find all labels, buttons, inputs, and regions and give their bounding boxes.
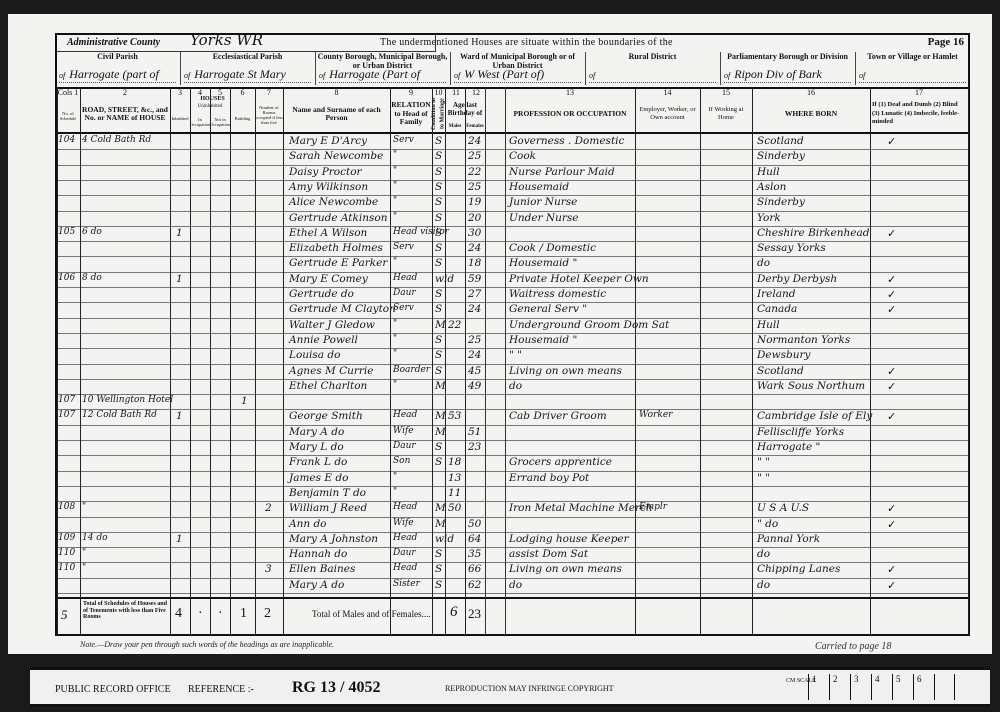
cell-name: Amy Wilkinson: [289, 181, 368, 193]
cell-born: Aslon: [757, 181, 786, 193]
header-females: Females: [465, 123, 485, 131]
cell-rel: Head: [393, 410, 417, 420]
cell-sched: 106: [58, 273, 75, 283]
cell-male: 53: [448, 410, 461, 422]
cell-rooms: 2: [265, 502, 272, 514]
cell-rel: ": [393, 181, 397, 191]
col-num-14: 14: [635, 88, 700, 97]
cell-female: 62: [468, 579, 481, 591]
cell-rel: ": [393, 212, 397, 222]
column-rule: [283, 87, 284, 634]
cell-emp: Worker: [639, 410, 672, 420]
cell-infirm: ✓: [887, 227, 896, 240]
totals-rooms: 2: [264, 606, 271, 622]
cell-occ: Lodging house Keeper: [509, 533, 629, 545]
cell-sched: 109: [58, 533, 75, 543]
cell-born: Pannal York: [757, 533, 820, 545]
cell-male: 18: [448, 456, 461, 468]
cell-occ: Governess . Domestic: [509, 135, 624, 147]
cell-born: Sinderby: [757, 196, 805, 208]
cell-cond: S: [435, 166, 442, 178]
cell-born: Dewsbury: [757, 349, 810, 361]
cell-name: Mary A Johnston: [289, 533, 378, 545]
cell-infirm: ✓: [887, 563, 896, 576]
cell-born: Ireland: [757, 288, 795, 300]
cell-male: 11: [448, 487, 461, 499]
cell-sched: 107: [58, 395, 75, 405]
cell-female: 25: [468, 181, 481, 193]
cell-sched: 110: [58, 563, 75, 573]
cell-born: do: [757, 257, 770, 269]
cell-cond: S: [435, 242, 442, 254]
cell-cond: S: [435, 288, 442, 300]
copyright-notice: REPRODUCTION MAY INFRINGE COPYRIGHT: [445, 684, 614, 693]
header-males: Males: [445, 123, 465, 131]
cell-female: 49: [468, 380, 481, 392]
census-table: Cols 1 2 3 4 5 6 7 8 9 10 11 12 13 14 15…: [57, 87, 968, 634]
cell-rel: Wife: [393, 518, 414, 528]
cell-cond: S: [435, 150, 442, 162]
column-rule: [170, 87, 171, 634]
cell-rel: Head: [393, 502, 417, 512]
col-num-10: 10: [432, 88, 445, 97]
cell-occ: Cook: [509, 150, 536, 162]
cell-female: 24: [468, 135, 481, 147]
cell-rel: ": [393, 487, 397, 497]
cell-infirm: ✓: [887, 579, 896, 592]
cell-emp: Emplr: [639, 502, 667, 512]
cell-rel: Son: [393, 456, 410, 466]
col-num-13: 13: [505, 88, 635, 97]
cell-male: 50: [448, 502, 461, 514]
cell-occ: do: [509, 380, 522, 392]
cell-name: Frank L do: [289, 456, 347, 468]
scale-mark-7: [934, 674, 955, 700]
cell-born: Canada: [757, 303, 797, 315]
header-not-occupation: Not in Occupation: [210, 113, 230, 131]
record-office: PUBLIC RECORD OFFICE: [55, 684, 171, 695]
cell-cond: S: [435, 579, 442, 591]
cell-rel: ": [393, 472, 397, 482]
cell-occ: Nurse Parlour Maid: [509, 166, 615, 178]
cell-name: Gertrude E Parker: [289, 257, 387, 269]
cell-name: Walter J Gledow: [289, 319, 375, 331]
col-num-15: 15: [700, 88, 752, 97]
cell-cond: S: [435, 456, 442, 468]
cell-female: 59: [468, 273, 481, 285]
cell-female: 30: [468, 227, 481, 239]
cell-born: Scotland: [757, 365, 804, 377]
cell-rel: Daur: [393, 288, 416, 298]
cell-rel: Serv: [393, 303, 414, 313]
cell-name: Mary A do: [289, 426, 344, 438]
header-relation: RELATION to Head of Family: [390, 97, 432, 131]
cell-cond: S: [435, 548, 442, 560]
column-rule: [57, 87, 58, 634]
col-num-8: 8: [283, 88, 390, 97]
cell-rel: Daur: [393, 548, 416, 558]
column-rule: [390, 87, 391, 634]
cell-infirm: ✓: [887, 380, 896, 393]
cell-rel: Head: [393, 563, 417, 573]
cell-female: 18: [468, 257, 481, 269]
cell-rel: Sister: [393, 579, 420, 589]
cell-born: do: [757, 548, 770, 560]
cell-born: Felliscliffe Yorks: [757, 426, 844, 438]
cell-infirm: ✓: [887, 502, 896, 515]
totals-females: 23: [468, 606, 481, 622]
column-rule: [255, 87, 256, 634]
col-num-16: 16: [752, 88, 870, 97]
column-rule: [870, 87, 871, 634]
cell-occ: Under Nurse: [509, 212, 578, 224]
cell-occ: Housemaid ": [509, 334, 577, 346]
column-rule: [432, 87, 433, 634]
cell-cond: S: [435, 257, 442, 269]
cell-name: Ann do: [289, 518, 327, 530]
col-num-11: 11: [445, 88, 467, 97]
cell-female: 64: [468, 533, 481, 545]
cell-female: 35: [468, 548, 481, 560]
cell-address: ": [82, 563, 86, 573]
cell-address: ": [82, 548, 86, 558]
cell-rel: Daur: [393, 441, 416, 451]
header-bottom-rule: [57, 132, 968, 134]
cell-rel: Serv: [393, 135, 414, 145]
cell-occ: General Serv ": [509, 303, 587, 315]
cell-cond: S: [435, 303, 442, 315]
cell-address: 14 do: [82, 533, 108, 543]
cell-name: Louisa do: [289, 349, 340, 361]
cell-born: " ": [757, 456, 770, 468]
scale-mark-5: 5: [892, 674, 913, 700]
cell-name: Mary A do: [289, 579, 344, 591]
cell-cond: S: [435, 212, 442, 224]
cell-cond: S: [435, 365, 442, 377]
scale-mark-2: 2: [829, 674, 850, 700]
column-rule: [210, 87, 211, 634]
cell-name: Sarah Newcombe: [289, 150, 383, 162]
row-rule: [57, 593, 968, 594]
cell-infirm: ✓: [887, 365, 896, 378]
scale-mark-3: 3: [850, 674, 871, 700]
column-rule: [485, 87, 486, 634]
column-rule: [445, 87, 446, 634]
cell-infirm: ✓: [887, 288, 896, 301]
cell-occ: Errand boy Pot: [509, 472, 589, 484]
header-infirmity: If (1) Deaf and Dumb (2) Blind (3) Lunat…: [872, 97, 966, 131]
cell-rel: ": [393, 349, 397, 359]
totals-building: 1: [240, 606, 247, 622]
cell-occ: assist Dom Sat: [509, 548, 588, 560]
reference-number: RG 13 / 4052: [292, 679, 380, 697]
column-rule: [190, 87, 191, 634]
cell-female: 19: [468, 196, 481, 208]
totals-males-females-label: Total of Males and of Females....: [312, 609, 431, 619]
cell-inhab: 1: [176, 273, 183, 285]
cell-sched: 108: [58, 502, 75, 512]
cell-female: 22: [468, 166, 481, 178]
totals-count: 5: [61, 607, 68, 623]
header-address: ROAD, STREET, &c., and No. or NAME of HO…: [80, 97, 170, 131]
cell-address: ": [82, 502, 86, 512]
header-inhabited: Inhabited: [170, 105, 190, 131]
cell-name: Ethel A Wilson: [289, 227, 367, 239]
header-houses: HOUSES: [170, 95, 255, 103]
cell-born: U S A U.S: [757, 502, 809, 514]
cell-name: Alice Newcombe: [289, 196, 378, 208]
cell-female: 51: [468, 426, 481, 438]
cell-occ: Housemaid: [509, 181, 569, 193]
cell-rel: ": [393, 334, 397, 344]
header-rooms: Number of Rooms occupied if less than fi…: [255, 99, 283, 131]
cell-name: Gertrude Atkinson: [289, 212, 387, 224]
cell-name: Gertrude M Clayton: [289, 303, 396, 315]
cell-female: 20: [468, 212, 481, 224]
cell-infirm: ✓: [887, 135, 896, 148]
header-where-born: WHERE BORN: [752, 97, 870, 131]
cell-sched: 105: [58, 227, 75, 237]
cell-infirm: ✓: [887, 518, 896, 531]
cell-rel: Wife: [393, 426, 414, 436]
cell-name: James E do: [289, 472, 348, 484]
cell-building: 1: [241, 395, 248, 407]
cell-female: 66: [468, 563, 481, 575]
cell-occ: Grocers apprentice: [509, 456, 612, 468]
cell-sched: 104: [58, 135, 75, 145]
cell-name: Ethel Charlton: [289, 380, 367, 392]
cell-name: Benjamin T do: [289, 487, 366, 499]
col-num-17: 17: [870, 88, 968, 97]
cell-born: " ": [757, 472, 770, 484]
cell-address: 8 do: [82, 273, 102, 283]
column-rule: [700, 87, 701, 634]
cell-address: 10 Wellington Hotel: [82, 395, 173, 405]
cell-cond: S: [435, 441, 442, 453]
column-rule: [635, 87, 636, 634]
cell-born: Normanton Yorks: [757, 334, 850, 346]
cell-inhab: 1: [176, 227, 183, 239]
cell-name: Mary E Comey: [289, 273, 368, 285]
totals-rule: [57, 597, 968, 599]
cell-occ: Cab Driver Groom: [509, 410, 607, 422]
cell-occ: Private Hotel Keeper Own: [509, 273, 649, 285]
cell-female: 25: [468, 150, 481, 162]
totals-not-occupation: ·: [218, 606, 223, 622]
cell-name: George Smith: [289, 410, 363, 422]
cell-cond: S: [435, 563, 442, 575]
cell-cond: S: [435, 135, 442, 147]
row-rule: [57, 394, 968, 395]
cell-infirm: ✓: [887, 303, 896, 316]
cell-occ: Living on own means: [509, 365, 622, 377]
column-rule: [80, 87, 81, 634]
cell-cond: S: [435, 181, 442, 193]
row-rule: [57, 486, 968, 487]
cell-rel: Serv: [393, 242, 414, 252]
cell-female: 25: [468, 334, 481, 346]
cell-cond: S: [435, 227, 442, 239]
cell-born: Sinderby: [757, 150, 805, 162]
cell-name: Gertrude do: [289, 288, 354, 300]
scale-mark-1: 1: [808, 674, 829, 700]
cell-cond: S: [435, 334, 442, 346]
cell-born: Scotland: [757, 135, 804, 147]
cell-female: 24: [468, 303, 481, 315]
cell-rel: ": [393, 257, 397, 267]
cell-rel: Boarder: [393, 365, 430, 375]
cell-sched: 107: [58, 410, 75, 420]
cell-male: 13: [448, 472, 461, 484]
cell-name: Annie Powell: [289, 334, 358, 346]
cell-female: 24: [468, 242, 481, 254]
column-rule: [230, 87, 231, 634]
header-occupation: PROFESSION OR OCCUPATION: [505, 97, 635, 131]
header-working-home: If Working at Home: [700, 97, 752, 131]
cell-occ: Cook / Domestic: [509, 242, 596, 254]
cell-male: 22: [448, 319, 461, 331]
cell-name: Elizabeth Holmes: [289, 242, 383, 254]
cell-occ: Iron Metal Machine Merch: [509, 502, 653, 514]
cell-address: 4 Cold Bath Rd: [82, 135, 151, 145]
cell-occ: Waitress domestic: [509, 288, 606, 300]
column-rule: [505, 87, 506, 634]
cell-born: do: [757, 579, 770, 591]
cell-occ: Underground Groom Dom Sat: [509, 319, 669, 331]
footnote: Note.—Draw your pen through such words o…: [80, 640, 334, 649]
totals-schedules-label: Total of Schedules of Houses and of Tene…: [83, 601, 167, 621]
scale-mark-6: 6: [913, 674, 934, 700]
col-num-12: 12: [467, 88, 485, 97]
cell-born: Hull: [757, 319, 780, 331]
header-employer: Employer, Worker, or Own account: [635, 97, 700, 131]
header-building: Building: [230, 105, 255, 131]
cell-occ: " ": [509, 349, 522, 361]
scale-mark-4: 4: [871, 674, 892, 700]
cell-rel: ": [393, 166, 397, 176]
cell-born: Chipping Lanes: [757, 563, 840, 575]
cell-rel: ": [393, 196, 397, 206]
cell-rooms: 3: [265, 563, 272, 575]
cell-born: " do: [757, 518, 778, 530]
cell-name: William J Reed: [289, 502, 367, 514]
cell-name: Mary E D'Arcy: [289, 135, 367, 147]
row-rule: [57, 517, 968, 518]
cell-rel: Head: [393, 273, 417, 283]
cell-occ: Junior Nurse: [509, 196, 577, 208]
header-name: Name and Surname of each Person: [283, 97, 390, 131]
cell-inhab: 1: [176, 410, 183, 422]
col-num-1: Cols 1: [57, 88, 79, 97]
col-num-2: 2: [80, 88, 170, 97]
cell-female: 23: [468, 441, 481, 453]
cell-name: Ellen Baines: [289, 563, 355, 575]
cell-name: Agnes M Currie: [289, 365, 374, 377]
header-in-occupation: In Occupation: [190, 113, 210, 131]
cell-name: Hannah do: [289, 548, 347, 560]
cell-name: Daisy Proctor: [289, 166, 362, 178]
header-condition: Condition as to Marriage: [432, 97, 445, 131]
cell-cond: S: [435, 349, 442, 361]
cell-born: Hull: [757, 166, 780, 178]
cell-born: York: [757, 212, 781, 224]
column-rule: [465, 87, 466, 634]
cell-address: 6 do: [82, 227, 102, 237]
cell-address: 12 Cold Bath Rd: [82, 410, 157, 420]
col-num-7: 7: [255, 88, 283, 97]
cell-born: Derby Derbysh: [757, 273, 837, 285]
column-rule: [752, 87, 753, 634]
cell-born: Wark Sous Northum: [757, 380, 865, 392]
cell-name: Mary L do: [289, 441, 344, 453]
cell-born: Sessay Yorks: [757, 242, 826, 254]
cell-inhab: 1: [176, 533, 183, 545]
cell-rel: ": [393, 380, 397, 390]
carried-note: Carried to page 18: [815, 641, 891, 652]
cell-infirm: ✓: [887, 410, 896, 423]
cell-female: 50: [468, 518, 481, 530]
reference-label: REFERENCE :-: [188, 684, 254, 695]
cell-sched: 110: [58, 548, 75, 558]
cell-female: 24: [468, 349, 481, 361]
cell-cond: S: [435, 196, 442, 208]
totals-inhabited: 4: [175, 606, 182, 622]
cell-rel: ": [393, 319, 397, 329]
header-schedule: No. of Schedule: [57, 101, 79, 131]
col-num-9: 9: [390, 88, 432, 97]
cell-female: 45: [468, 365, 481, 377]
column-rule: [968, 87, 969, 634]
cell-occ: Housemaid ": [509, 257, 577, 269]
cell-infirm: ✓: [887, 273, 896, 286]
cell-rel: ": [393, 150, 397, 160]
cell-born: Cheshire Birkenhead: [757, 227, 869, 239]
cell-female: 27: [468, 288, 481, 300]
cell-born: Cambridge Isle of Ely: [757, 410, 872, 422]
cell-occ: Living on own means: [509, 563, 622, 575]
cell-occ: do: [509, 579, 522, 591]
row-rule: [57, 440, 968, 441]
totals-in-occupation: ·: [198, 606, 203, 622]
cell-born: Harrogate ": [757, 441, 820, 453]
totals-males: 6: [450, 604, 458, 621]
cm-scale: 1 2 3 4 5 6: [808, 674, 955, 700]
cell-rel: Head: [393, 533, 417, 543]
archive-footer: PUBLIC RECORD OFFICE REFERENCE :- RG 13 …: [30, 667, 990, 707]
